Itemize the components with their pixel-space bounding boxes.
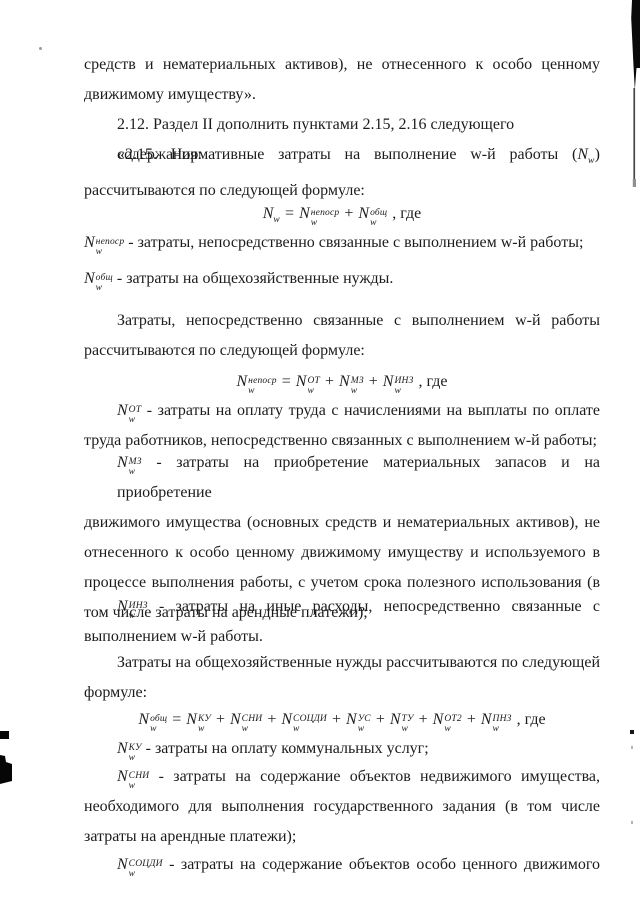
formula-term: NИНЗw xyxy=(383,373,414,390)
scan-speck-top-left xyxy=(39,47,42,50)
definition-line: NМЗw - затраты на приобретение материаль… xyxy=(84,448,600,508)
scan-speck-right-1 xyxy=(630,730,634,734)
text-line: движимому имуществу». xyxy=(84,80,600,110)
definition-text: - затраты на оплату коммунальных услуг; xyxy=(146,740,429,757)
definition-line: NСНИw - затраты на содержание объектов н… xyxy=(84,762,600,792)
variable-symbol: NСНИw xyxy=(117,768,149,785)
plus-sign: + xyxy=(467,711,476,728)
plus-sign: + xyxy=(325,373,334,390)
equals-sign: = xyxy=(282,373,291,390)
definition-obshch: Nобщw - затраты на общехозяйственные нуж… xyxy=(84,264,600,294)
definition-text: - затраты на иные расходы, непосредствен… xyxy=(159,598,600,615)
definition-line: NКУw - затраты на оплату коммунальных ус… xyxy=(84,734,600,764)
variable-symbol: Nобщw xyxy=(84,270,113,287)
text-line: средств и нематериальных активов), не от… xyxy=(84,50,600,80)
plus-sign: + xyxy=(376,711,385,728)
definition-text: - затраты на приобретение материальных з… xyxy=(117,454,600,501)
variable-symbol: NМЗw xyxy=(117,454,142,471)
paragraph-text: «2.15. Нормативные затраты на выполнение… xyxy=(117,146,577,163)
scan-speck-right-3 xyxy=(631,821,633,824)
where-label: , где xyxy=(418,373,447,390)
definition-socdi: NСОЦДИw - затраты на содержание объектов… xyxy=(84,850,600,880)
formula-lhs: Nобщw xyxy=(138,711,167,728)
variable-symbol: NСОЦДИw xyxy=(117,856,163,873)
variable-symbol: NОТw xyxy=(117,402,141,419)
definition-line: NОТw - затраты на оплату труда с начисле… xyxy=(84,396,600,426)
definition-text: - затраты на общехозяйственные нужды. xyxy=(117,270,394,287)
scan-artifact-left-bar xyxy=(0,731,9,739)
scan-artifact-right-streak xyxy=(630,0,640,192)
definition-ku: NКУw - затраты на оплату коммунальных ус… xyxy=(84,734,600,764)
text-line: Затраты, непосредственно связанные с вып… xyxy=(84,306,600,336)
paragraph-text: ) xyxy=(595,146,600,163)
variable-symbol: NИНЗw xyxy=(117,598,148,615)
definition-line: NИНЗw - затраты на иные расходы, непосре… xyxy=(84,592,600,622)
formula-term: NТУw xyxy=(390,711,414,728)
scan-speck-right-2 xyxy=(631,746,633,749)
variable-symbol: NКУw xyxy=(117,740,142,757)
paragraph-direct-costs: Затраты, непосредственно связанные с вып… xyxy=(84,306,600,366)
definition-sni: NСНИw - затраты на содержание объектов н… xyxy=(84,762,600,852)
paragraph-intro-continuation: средств и нематериальных активов), не от… xyxy=(84,50,600,110)
plus-sign: + xyxy=(419,711,428,728)
formula-term: NКУw xyxy=(186,711,211,728)
plus-sign: + xyxy=(344,205,353,222)
definition-text: - затраты на содержание объектов особо ц… xyxy=(169,856,600,873)
document-page: средств и нематериальных активов), не от… xyxy=(0,0,640,905)
definition-line: NСОЦДИw - затраты на содержание объектов… xyxy=(84,850,600,880)
definition-inz: NИНЗw - затраты на иные расходы, непосре… xyxy=(84,592,600,652)
formula-term: NСНИw xyxy=(230,711,262,728)
definition-ot: NОТw - затраты на оплату труда с начисле… xyxy=(84,396,600,456)
equals-sign: = xyxy=(285,205,294,222)
formula-term: NОТw xyxy=(296,373,320,390)
definition-line: Nнепосрw - затраты, непосредственно связ… xyxy=(84,228,600,258)
formula-lhs: Nw xyxy=(263,205,280,222)
formula-term: NМЗw xyxy=(339,373,364,390)
text-line: движимого имущества (основных средств и … xyxy=(84,508,600,538)
formula-term: Nобщw xyxy=(358,205,387,222)
formula-obshch: Nобщw=NКУw+NСНИw+NСОЦДИw+NУСw+NТУw+NОТ2w… xyxy=(84,702,600,738)
definition-text: - затраты на оплату труда с начислениями… xyxy=(147,402,600,419)
formula-term: NПНЗw xyxy=(481,711,512,728)
plus-sign: + xyxy=(267,711,276,728)
equals-sign: = xyxy=(172,711,181,728)
definition-text: - затраты на содержание объектов недвижи… xyxy=(159,768,600,785)
text-line: необходимого для выполнения государствен… xyxy=(84,792,600,822)
variable-nw: Nw xyxy=(577,146,594,163)
where-label: , где xyxy=(517,711,546,728)
definition-neposr: Nнепосрw - затраты, непосредственно связ… xyxy=(84,228,600,258)
text-line: «2.15. Нормативные затраты на выполнение… xyxy=(84,140,600,176)
formula-term: NОТ2w xyxy=(433,711,462,728)
formula-term: Nнепосрw xyxy=(299,205,339,222)
text-line: Затраты на общехозяйственные нужды рассч… xyxy=(84,648,600,678)
definition-text: - затраты, непосредственно связанные с в… xyxy=(128,234,583,251)
scan-artifact-left-wedge xyxy=(0,753,14,787)
formula-lhs: Nнепосрw xyxy=(236,373,276,390)
where-label: , где xyxy=(392,205,421,222)
paragraph-general-costs: Затраты на общехозяйственные нужды рассч… xyxy=(84,648,600,708)
text-line: отнесенного к особо ценному движимому им… xyxy=(84,538,600,568)
plus-sign: + xyxy=(216,711,225,728)
formula-term: NУСw xyxy=(346,711,371,728)
formula-term: NСОЦДИw xyxy=(281,711,327,728)
formula-neposr: Nнепосрw=NОТw+NМЗw+NИНЗw, где xyxy=(84,364,600,400)
plus-sign: + xyxy=(369,373,378,390)
variable-symbol: Nнепосрw xyxy=(84,234,124,251)
plus-sign: + xyxy=(332,711,341,728)
text-line: рассчитываются по следующей формуле: xyxy=(84,336,600,366)
definition-line: Nобщw - затраты на общехозяйственные нуж… xyxy=(84,264,600,294)
text-line: затраты на арендные платежи); xyxy=(84,822,600,852)
